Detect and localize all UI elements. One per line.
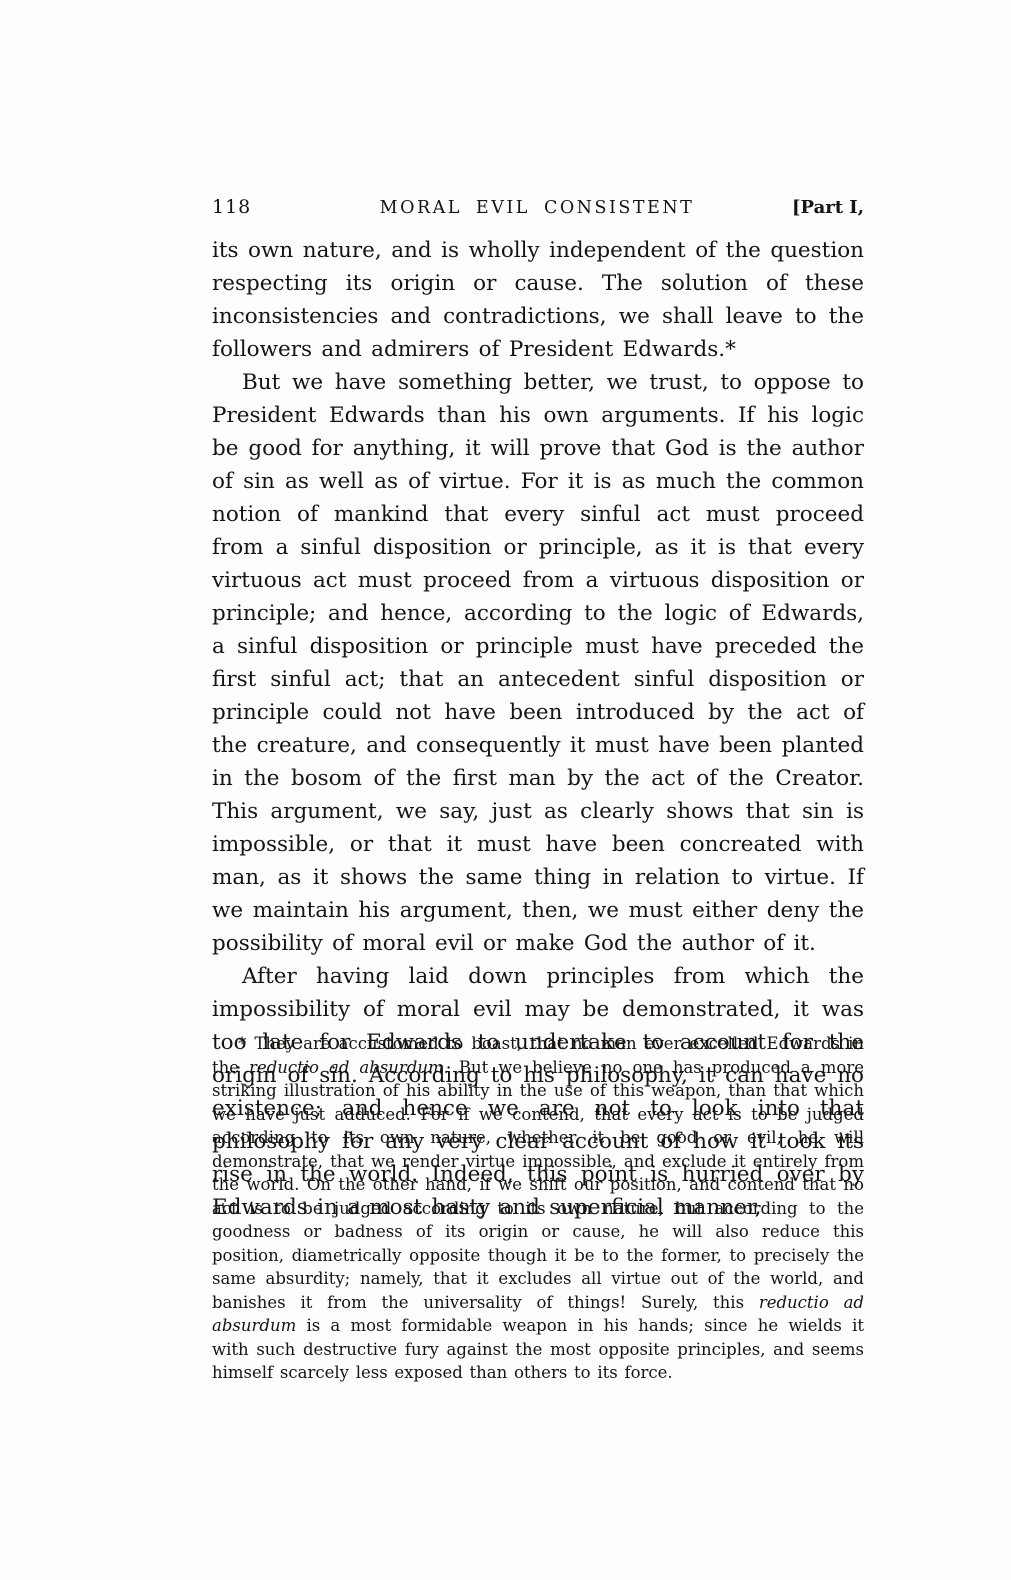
footnote-segment: But we believe no one has produced a mor… — [212, 1058, 864, 1312]
running-title: MORAL EVIL CONSISTENT — [282, 198, 792, 218]
paragraph: its own nature, and is wholly independen… — [212, 234, 864, 366]
footnote-segment: is a most formidable weapon in his hands… — [212, 1316, 864, 1382]
footnote-text: * They are accustomed to boast, that no … — [212, 1032, 864, 1385]
paragraph: But we have something better, we trust, … — [212, 366, 864, 960]
book-page: 118 MORAL EVIL CONSISTENT [Part I, its o… — [0, 0, 1011, 1580]
page-number: 118 — [212, 196, 282, 218]
footnote-italic-segment: reductio ad absurdum. — [249, 1058, 449, 1077]
part-label: [Part I, — [792, 197, 864, 218]
running-header: 118 MORAL EVIL CONSISTENT [Part I, — [212, 196, 864, 218]
footnote: * They are accustomed to boast, that no … — [212, 1032, 864, 1385]
